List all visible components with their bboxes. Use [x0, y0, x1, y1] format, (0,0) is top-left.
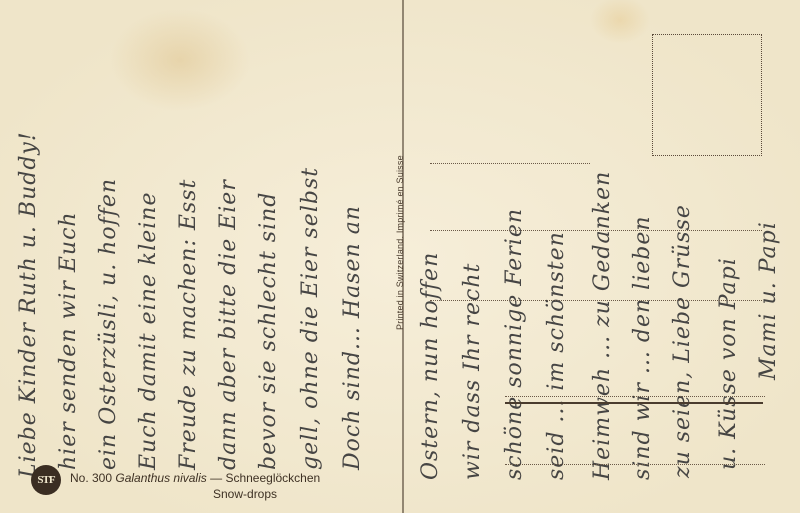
- handwriting-line: wir dass Ihr recht: [460, 263, 485, 480]
- address-line: [505, 464, 765, 465]
- handwriting-line: bevor sie schlecht sind: [256, 192, 281, 470]
- handwriting-line: Doch sind... Hasen an: [340, 205, 365, 470]
- address-line: [505, 396, 765, 397]
- address-line: [430, 163, 590, 164]
- handwriting-line: gell, ohne die Eier selbst: [298, 167, 323, 470]
- handwriting-line: dann aber bitte die Eier: [216, 179, 241, 470]
- handwriting-line: seid ... im schönsten: [544, 231, 569, 480]
- handwriting-line: schöne sonnige Ferien: [502, 208, 527, 480]
- address-line: [430, 300, 762, 301]
- handwriting-line: sind wir ... den lieben: [630, 215, 655, 480]
- handwriting-line: Euch damit eine kleine: [136, 192, 161, 471]
- german-name: Schneeglöckchen: [225, 471, 320, 485]
- handwriting-line: Liebe Kinder Ruth u. Buddy!: [16, 131, 41, 478]
- imprint-text: Printed in Switzerland. Imprimé en Suiss…: [395, 155, 405, 330]
- handwriting-line: ein Osterzüsli, u. hoffen: [96, 178, 121, 470]
- postcard-back: Liebe Kinder Ruth u. Buddy! hier senden …: [0, 0, 800, 513]
- handwriting-line: Freude zu machen: Esst: [176, 179, 201, 470]
- handwriting-line: Heimweh ... zu Gedanken: [590, 171, 615, 480]
- handwriting-line: u. Küsse von Papi: [716, 257, 741, 470]
- address-line: [430, 230, 762, 231]
- handwriting-line: zu seien, Liebe Grüsse: [670, 204, 695, 478]
- stamp-box: [652, 34, 762, 156]
- card-number: No. 300: [70, 471, 112, 485]
- caption-line-1: No. 300 Galanthus nivalis — Schneeglöckc…: [70, 471, 320, 485]
- handwriting-line: Ostern, nun hoffen: [418, 252, 443, 480]
- latin-name: Galanthus nivalis: [115, 471, 206, 485]
- handwriting-line: hier senden wir Euch: [56, 211, 81, 470]
- stf-logo-icon: STF: [31, 465, 61, 495]
- caption-dash: —: [210, 471, 222, 485]
- address-underline: [505, 402, 763, 404]
- english-name: Snow-drops: [213, 487, 277, 501]
